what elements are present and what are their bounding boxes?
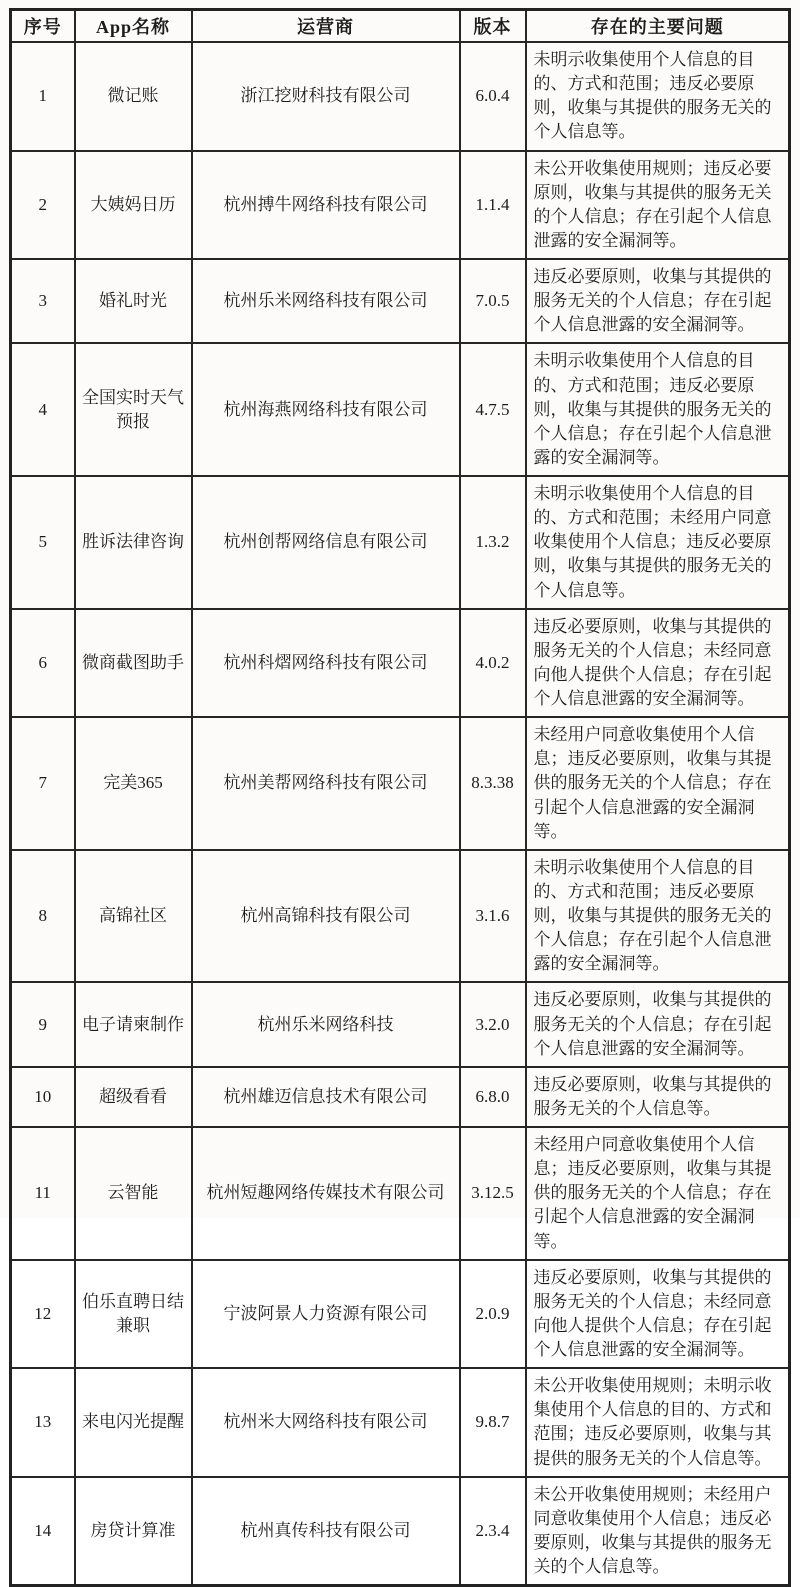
table-body: 1微记账浙江挖财科技有限公司6.0.4未明示收集使用个人信息的目的、方式和范围；… [11,42,790,1586]
cell-operator: 杭州海燕网络科技有限公司 [192,343,460,476]
cell-app: 高锦社区 [75,850,192,983]
cell-index: 1 [11,42,75,151]
cell-version: 2.3.4 [460,1477,526,1586]
cell-index: 9 [11,982,75,1066]
cell-app: 微商截图助手 [75,609,192,718]
cell-app: 电子请柬制作 [75,982,192,1066]
cell-issues: 未明示收集使用个人信息的目的、方式和范围；违反必要原则，收集与其提供的服务无关的… [526,850,790,983]
cell-index: 4 [11,343,75,476]
table-row: 11云智能杭州短趣网络传媒技术有限公司3.12.5未经用户同意收集使用个人信息；… [11,1127,790,1260]
cell-issues: 未经用户同意收集使用个人信息；违反必要原则，收集与其提供的服务无关的个人信息；存… [526,1127,790,1260]
cell-version: 6.0.4 [460,42,526,151]
cell-version: 8.3.38 [460,717,526,850]
cell-operator: 杭州真传科技有限公司 [192,1477,460,1586]
cell-index: 7 [11,717,75,850]
table-row: 10超级看看杭州雄迈信息技术有限公司6.8.0违反必要原则，收集与其提供的服务无… [11,1067,790,1127]
cell-version: 3.1.6 [460,850,526,983]
app-violation-table: 序号 App名称 运营商 版本 存在的主要问题 1微记账浙江挖财科技有限公司6.… [9,8,791,1587]
cell-operator: 浙江挖财科技有限公司 [192,42,460,151]
cell-version: 3.2.0 [460,982,526,1066]
cell-operator: 杭州美帮网络科技有限公司 [192,717,460,850]
cell-operator: 杭州高锦科技有限公司 [192,850,460,983]
header-operator: 运营商 [192,10,460,43]
cell-version: 2.0.9 [460,1260,526,1369]
cell-app: 婚礼时光 [75,259,192,343]
cell-version: 7.0.5 [460,259,526,343]
cell-issues: 违反必要原则，收集与其提供的服务无关的个人信息；未经同意向他人提供个人信息；存在… [526,609,790,718]
cell-version: 9.8.7 [460,1368,526,1477]
cell-operator: 杭州乐米网络科技有限公司 [192,259,460,343]
table-row: 8高锦社区杭州高锦科技有限公司3.1.6未明示收集使用个人信息的目的、方式和范围… [11,850,790,983]
cell-app: 伯乐直聘日结兼职 [75,1260,192,1369]
cell-issues: 违反必要原则，收集与其提供的服务无关的个人信息等。 [526,1067,790,1127]
cell-app: 胜诉法律咨询 [75,476,192,609]
cell-operator: 杭州搏牛网络科技有限公司 [192,151,460,260]
cell-index: 8 [11,850,75,983]
cell-issues: 未公开收集使用规则；未明示收集使用个人信息的目的、方式和范围；违反必要原则，收集… [526,1368,790,1477]
document-page: 序号 App名称 运营商 版本 存在的主要问题 1微记账浙江挖财科技有限公司6.… [0,0,800,1218]
cell-operator: 杭州科熠网络科技有限公司 [192,609,460,718]
header-version: 版本 [460,10,526,43]
table-row: 6微商截图助手杭州科熠网络科技有限公司4.0.2违反必要原则，收集与其提供的服务… [11,609,790,718]
cell-version: 3.12.5 [460,1127,526,1260]
table-row: 9电子请柬制作杭州乐米网络科技3.2.0违反必要原则，收集与其提供的服务无关的个… [11,982,790,1066]
header-issues: 存在的主要问题 [526,10,790,43]
cell-issues: 违反必要原则，收集与其提供的服务无关的个人信息；存在引起个人信息泄露的安全漏洞等… [526,982,790,1066]
cell-operator: 杭州米大网络科技有限公司 [192,1368,460,1477]
cell-operator: 杭州短趣网络传媒技术有限公司 [192,1127,460,1260]
cell-version: 4.7.5 [460,343,526,476]
table-row: 12伯乐直聘日结兼职宁波阿景人力资源有限公司2.0.9违反必要原则，收集与其提供… [11,1260,790,1369]
table-row: 13来电闪光提醒杭州米大网络科技有限公司9.8.7未公开收集使用规则；未明示收集… [11,1368,790,1477]
table-row: 1微记账浙江挖财科技有限公司6.0.4未明示收集使用个人信息的目的、方式和范围；… [11,42,790,151]
cell-index: 2 [11,151,75,260]
cell-issues: 未明示收集使用个人信息的目的、方式和范围；未经用户同意收集使用个人信息；违反必要… [526,476,790,609]
cell-issues: 未明示收集使用个人信息的目的、方式和范围；违反必要原则，收集与其提供的服务无关的… [526,343,790,476]
cell-app: 全国实时天气预报 [75,343,192,476]
cell-index: 14 [11,1477,75,1586]
cell-index: 11 [11,1127,75,1260]
cell-app: 大姨妈日历 [75,151,192,260]
header-index: 序号 [11,10,75,43]
cell-index: 3 [11,259,75,343]
cell-app: 微记账 [75,42,192,151]
table-row: 14房贷计算准杭州真传科技有限公司2.3.4未公开收集使用规则；未经用户同意收集… [11,1477,790,1586]
cell-issues: 未经用户同意收集使用个人信息；违反必要原则，收集与其提供的服务无关的个人信息；存… [526,717,790,850]
table-row: 7完美365杭州美帮网络科技有限公司8.3.38未经用户同意收集使用个人信息；违… [11,717,790,850]
cell-version: 4.0.2 [460,609,526,718]
table-row: 2大姨妈日历杭州搏牛网络科技有限公司1.1.4未公开收集使用规则；违反必要原则，… [11,151,790,260]
cell-app: 来电闪光提醒 [75,1368,192,1477]
cell-app: 完美365 [75,717,192,850]
cell-index: 12 [11,1260,75,1369]
cell-app: 房贷计算准 [75,1477,192,1586]
cell-index: 13 [11,1368,75,1477]
cell-index: 5 [11,476,75,609]
cell-operator: 杭州雄迈信息技术有限公司 [192,1067,460,1127]
table-header: 序号 App名称 运营商 版本 存在的主要问题 [11,10,790,43]
table-row: 4全国实时天气预报杭州海燕网络科技有限公司4.7.5未明示收集使用个人信息的目的… [11,343,790,476]
cell-operator: 杭州创帮网络信息有限公司 [192,476,460,609]
cell-issues: 未公开收集使用规则；未经用户同意收集使用个人信息；违反必要原则，收集与其提供的服… [526,1477,790,1586]
cell-version: 6.8.0 [460,1067,526,1127]
cell-issues: 未公开收集使用规则；违反必要原则，收集与其提供的服务无关的个人信息；存在引起个人… [526,151,790,260]
table-row: 3婚礼时光杭州乐米网络科技有限公司7.0.5违反必要原则，收集与其提供的服务无关… [11,259,790,343]
cell-version: 1.3.2 [460,476,526,609]
cell-issues: 违反必要原则，收集与其提供的服务无关的个人信息；未经同意向他人提供个人信息；存在… [526,1260,790,1369]
cell-index: 10 [11,1067,75,1127]
header-app-name: App名称 [75,10,192,43]
cell-version: 1.1.4 [460,151,526,260]
cell-operator: 宁波阿景人力资源有限公司 [192,1260,460,1369]
cell-app: 超级看看 [75,1067,192,1127]
cell-index: 6 [11,609,75,718]
cell-app: 云智能 [75,1127,192,1260]
cell-issues: 未明示收集使用个人信息的目的、方式和范围；违反必要原则，收集与其提供的服务无关的… [526,42,790,151]
cell-operator: 杭州乐米网络科技 [192,982,460,1066]
header-row: 序号 App名称 运营商 版本 存在的主要问题 [11,10,790,43]
table-row: 5胜诉法律咨询杭州创帮网络信息有限公司1.3.2未明示收集使用个人信息的目的、方… [11,476,790,609]
cell-issues: 违反必要原则，收集与其提供的服务无关的个人信息；存在引起个人信息泄露的安全漏洞等… [526,259,790,343]
